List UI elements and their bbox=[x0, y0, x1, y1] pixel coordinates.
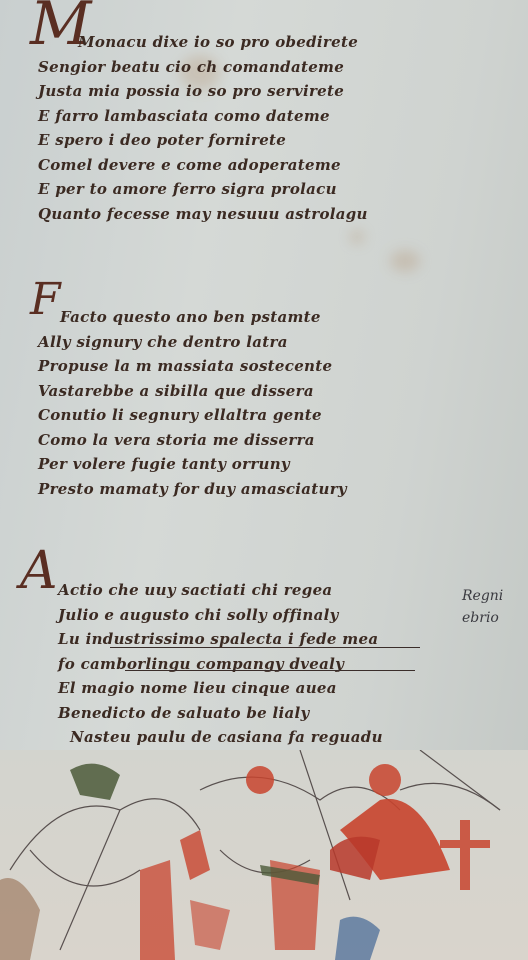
verse-line: Sengior beatu cio ch comandateme bbox=[38, 55, 368, 80]
verse-line: E spero i deo poter fornirete bbox=[38, 128, 368, 153]
verse-line: Como la vera storia me disserra bbox=[38, 428, 347, 453]
verse-line: Julio e augusto chi solly offinaly bbox=[58, 603, 383, 628]
ink-underline bbox=[110, 647, 420, 648]
verse-line: Justa mia possia io so pro servirete bbox=[38, 79, 368, 104]
stanza-3: Actio che uuy sactiati chi regea Julio e… bbox=[58, 578, 383, 774]
battle-illustration bbox=[0, 750, 528, 960]
verse-line: Per volere fugie tanty orruny bbox=[38, 452, 347, 477]
parchment-stain bbox=[390, 250, 420, 272]
battle-scene-drawing bbox=[0, 750, 528, 960]
initial-letter-a: A bbox=[20, 545, 58, 597]
marginal-note: Regni ebrio bbox=[462, 585, 503, 629]
marginal-note-line: ebrio bbox=[462, 607, 503, 629]
verse-line: Facto questo ano ben pstamte bbox=[38, 305, 347, 330]
verse-line: Propuse la m massiata sostecente bbox=[38, 354, 347, 379]
verse-line: Vastarebbe a sibilla que dissera bbox=[38, 379, 347, 404]
stanza-2: Facto questo ano ben pstamte Ally signur… bbox=[38, 305, 347, 501]
stanza-1: Monacu dixe io so pro obedirete Sengior … bbox=[38, 30, 368, 226]
ink-underline bbox=[125, 670, 415, 671]
verse-line: Monacu dixe io so pro obedirete bbox=[38, 30, 368, 55]
verse-line: Presto mamaty for duy amasciatury bbox=[38, 477, 347, 502]
parchment-stain bbox=[350, 230, 364, 244]
verse-line: Conutio li segnury ellaltra gente bbox=[38, 403, 347, 428]
verse-line: Quanto fecesse may nesuuu astrolagu bbox=[38, 202, 368, 227]
marginal-note-line: Regni bbox=[462, 585, 503, 607]
verse-line: Ally signury che dentro latra bbox=[38, 330, 347, 355]
verse-line: E farro lambasciata como dateme bbox=[38, 104, 368, 129]
verse-line: Actio che uuy sactiati chi regea bbox=[58, 578, 383, 603]
verse-line: E per to amore ferro sigra prolacu bbox=[38, 177, 368, 202]
verse-line: El magio nome lieu cinque auea bbox=[58, 676, 383, 701]
verse-line: Benedicto de saluato be lialy bbox=[58, 701, 383, 726]
verse-line: Nasteu paulu de casiana fa reguadu bbox=[58, 725, 383, 750]
verse-line: fo camborlingu compangy dvealy bbox=[58, 652, 383, 677]
verse-line: Comel devere e come adoperateme bbox=[38, 153, 368, 178]
